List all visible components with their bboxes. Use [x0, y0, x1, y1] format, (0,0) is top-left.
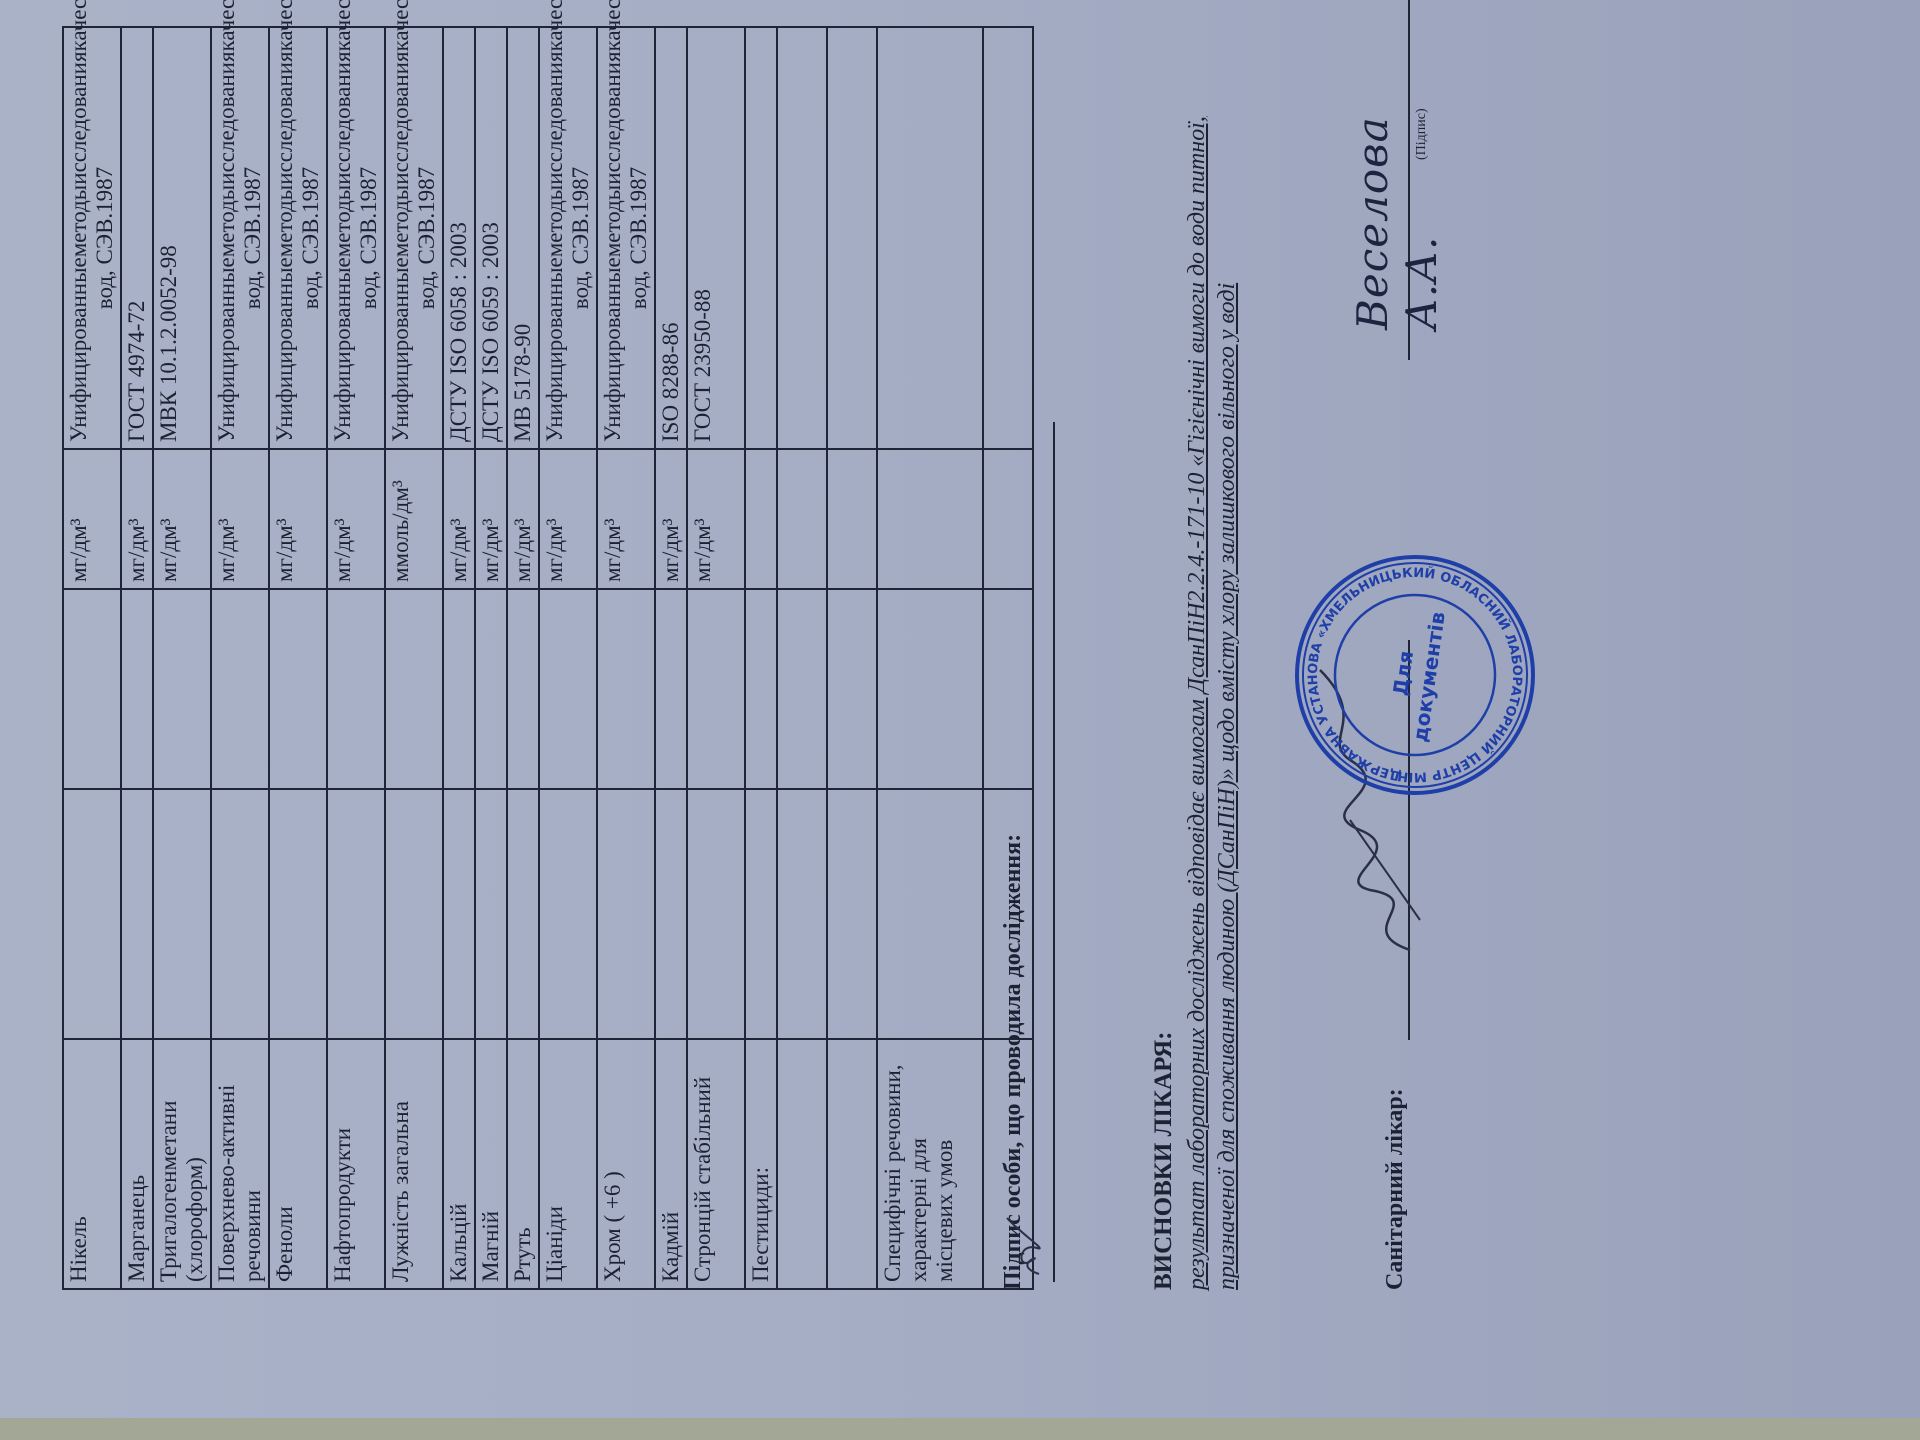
value-cell[interactable]	[687, 789, 745, 1039]
sanitary-doctor-label: Санітарний лікар:	[1382, 1088, 1409, 1290]
method-text-line2: вод, СЭВ.1987	[298, 34, 324, 442]
method-cell: Унифицированныеметодыисследованиякачеств…	[211, 27, 269, 449]
parameter-name-cell: Хром ( +6 )	[597, 1039, 655, 1289]
method-text-line2: вод, СЭВ.1987	[240, 34, 266, 442]
table-row: Марганецьмг/дм³ГОСТ 4974-72	[121, 27, 153, 1289]
method-cell: Унифицированныеметодыисследованиякачеств…	[269, 27, 327, 449]
value-cell[interactable]	[597, 789, 655, 1039]
norm-cell[interactable]	[211, 589, 269, 789]
norm-cell[interactable]	[539, 589, 597, 789]
value-cell[interactable]	[121, 789, 153, 1039]
method-cell: Унифицированныеметодыисследованиякачеств…	[327, 27, 385, 449]
method-cell: Унифицированныеметодыисследованиякачеств…	[539, 27, 597, 449]
method-cell	[745, 27, 777, 449]
value-cell[interactable]	[475, 789, 507, 1039]
method-cell: ISO 8288-86	[655, 27, 687, 449]
unit-cell: мг/дм³	[475, 449, 507, 589]
table-row: Поверхнево-активні речовинимг/дм³Унифици…	[211, 27, 269, 1289]
method-text-line2: вод, СЭВ.1987	[626, 34, 652, 442]
method-cell: Унифицированныеметодыисследованиякачеств…	[63, 27, 121, 449]
method-text: Унифицированныеметодыисследованиякачеств…	[66, 0, 91, 442]
method-text: Унифицированныеметодыисследованиякачеств…	[330, 0, 355, 442]
unit-cell: мг/дм³	[539, 449, 597, 589]
value-cell[interactable]	[153, 789, 211, 1039]
conclusion-text: результат лабораторних досліджень відпов…	[1182, 28, 1242, 1290]
table-row: Кальціймг/дм³ДСТУ ISO 6058 : 2003	[443, 27, 475, 1289]
table-row: Фенолимг/дм³Унифицированныеметодыисследо…	[269, 27, 327, 1289]
conclusion-heading: ВИСНОВКИ ЛІКАРЯ:	[1150, 28, 1178, 1290]
method-cell: Унифицированныеметодыисследованиякачеств…	[385, 27, 443, 449]
unit-cell	[777, 449, 827, 589]
parameter-name-cell: Феноли	[269, 1039, 327, 1289]
method-cell	[877, 27, 983, 449]
method-text-line2: вод, СЭВ.1987	[568, 34, 594, 442]
table-row: Специфічні речовини, характерні для місц…	[877, 27, 983, 1289]
parameter-name-cell: Марганець	[121, 1039, 153, 1289]
results-table: Нікельмг/дм³Унифицированныеметодыисследо…	[62, 26, 1034, 1290]
parameter-name-cell: Ртуть	[507, 1039, 539, 1289]
method-cell: ГОСТ 23950-88	[687, 27, 745, 449]
table-row: Нафтопродуктимг/дм³Унифицированныеметоды…	[327, 27, 385, 1289]
document-sheet: Нікельмг/дм³Унифицированныеметодыисследо…	[0, 0, 1920, 1440]
table-row: Лужність загальнаммоль/дм³Унифицированны…	[385, 27, 443, 1289]
norm-cell[interactable]	[269, 589, 327, 789]
norm-cell[interactable]	[877, 589, 983, 789]
unit-cell: мг/дм³	[269, 449, 327, 589]
table-row: Ртутьмг/дм³МВ 5178-90	[507, 27, 539, 1289]
method-text: Унифицированныеметодыисследованиякачеств…	[600, 0, 625, 442]
table-row: Магніймг/дм³ДСТУ ISO 6059 : 2003	[475, 27, 507, 1289]
value-cell[interactable]	[63, 789, 121, 1039]
value-cell[interactable]	[211, 789, 269, 1039]
value-cell[interactable]	[327, 789, 385, 1039]
table-row: Нікельмг/дм³Унифицированныеметодыисследо…	[63, 27, 121, 1289]
norm-cell[interactable]	[153, 589, 211, 789]
method-text: Унифицированныеметодыисследованиякачеств…	[214, 0, 239, 442]
method-text: Унифицированныеметодыисследованиякачеств…	[388, 0, 413, 442]
parameter-name-cell: Поверхнево-активні речовини	[211, 1039, 269, 1289]
norm-cell[interactable]	[507, 589, 539, 789]
unit-cell: ммоль/дм³	[385, 449, 443, 589]
method-cell: МВ 5178-90	[507, 27, 539, 449]
unit-cell: мг/дм³	[121, 449, 153, 589]
parameter-name-cell: Магній	[475, 1039, 507, 1289]
value-cell[interactable]	[777, 789, 827, 1039]
parameter-name-cell: Кальцій	[443, 1039, 475, 1289]
handwritten-signature-icon	[999, 1212, 1057, 1282]
researcher-signature-line[interactable]	[1027, 422, 1055, 1282]
unit-cell: мг/дм³	[687, 449, 745, 589]
norm-cell[interactable]	[777, 589, 827, 789]
unit-cell: мг/дм³	[327, 449, 385, 589]
parameter-name-cell: Стронцій стабільний	[687, 1039, 745, 1289]
method-text: Унифицированныеметодыисследованиякачеств…	[542, 0, 567, 442]
norm-cell[interactable]	[745, 589, 777, 789]
parameter-name-cell: Нікель	[63, 1039, 121, 1289]
unit-cell: мг/дм³	[507, 449, 539, 589]
table-row: Кадміймг/дм³ISO 8288-86	[655, 27, 687, 1289]
method-cell: ДСТУ ISO 6058 : 2003	[443, 27, 475, 449]
value-cell[interactable]	[877, 789, 983, 1039]
researcher-signature: Підпис особи, що проводила дослідження:	[1000, 28, 1055, 1290]
method-cell: ГОСТ 4974-72	[121, 27, 153, 449]
method-text-line2: вод, СЭВ.1987	[356, 34, 382, 442]
parameter-name-cell: Нафтопродукти	[327, 1039, 385, 1289]
value-cell[interactable]	[655, 789, 687, 1039]
unit-cell: мг/дм³	[443, 449, 475, 589]
norm-cell[interactable]	[687, 589, 745, 789]
parameter-name-cell: Лужність загальна	[385, 1039, 443, 1289]
norm-cell[interactable]	[385, 589, 443, 789]
official-stamp-icon: ДЕРЖАВНА УСТАНОВА «ХМЕЛЬНИЦЬКИЙ ОБЛАСНИЙ…	[1274, 534, 1556, 816]
norm-cell[interactable]	[327, 589, 385, 789]
norm-cell[interactable]	[63, 589, 121, 789]
norm-cell[interactable]	[443, 589, 475, 789]
unit-cell	[745, 449, 777, 589]
unit-cell: мг/дм³	[597, 449, 655, 589]
norm-cell[interactable]	[475, 589, 507, 789]
doctor-conclusion: ВИСНОВКИ ЛІКАРЯ: результат лабораторних …	[1150, 28, 1242, 1290]
parameter-name-cell: Кадмій	[655, 1039, 687, 1289]
value-cell[interactable]	[269, 789, 327, 1039]
unit-cell: мг/дм³	[63, 449, 121, 589]
value-cell[interactable]	[827, 789, 877, 1039]
value-cell[interactable]	[539, 789, 597, 1039]
value-cell[interactable]	[507, 789, 539, 1039]
parameter-name-cell: Тригалогенметани (хлороформ)	[153, 1039, 211, 1289]
method-cell: МВК 10.1.2.0052-98	[153, 27, 211, 449]
unit-cell	[877, 449, 983, 589]
table-row	[827, 27, 877, 1289]
value-cell[interactable]	[745, 789, 777, 1039]
norm-cell[interactable]	[121, 589, 153, 789]
parameter-name-cell	[827, 1039, 877, 1289]
parameter-name-cell	[777, 1039, 827, 1289]
table-row: Ціанідимг/дм³Унифицированныеметодыисслед…	[539, 27, 597, 1289]
method-text: Унифицированныеметодыисследованиякачеств…	[272, 0, 297, 442]
value-cell[interactable]	[443, 789, 475, 1039]
table-row: Стронцій стабільниймг/дм³ГОСТ 23950-88	[687, 27, 745, 1289]
norm-cell[interactable]	[597, 589, 655, 789]
parameter-name-cell: Ціаніди	[539, 1039, 597, 1289]
value-cell[interactable]	[385, 789, 443, 1039]
table-row: Тригалогенметани (хлороформ)мг/дм³МВК 10…	[153, 27, 211, 1289]
unit-cell: мг/дм³	[211, 449, 269, 589]
doctor-name-handwritten: Веселова А.А.	[1348, 28, 1446, 330]
norm-cell[interactable]	[827, 589, 877, 789]
method-cell	[827, 27, 877, 449]
method-text-line2: вод, СЭВ.1987	[92, 34, 118, 442]
method-cell: Унифицированныеметодыисследованиякачеств…	[597, 27, 655, 449]
signature-caption: (Підпис)	[1414, 108, 1430, 160]
table-row	[777, 27, 827, 1289]
unit-cell	[827, 449, 877, 589]
norm-cell[interactable]	[655, 589, 687, 789]
parameter-name-cell: Специфічні речовини, характерні для місц…	[877, 1039, 983, 1289]
method-cell: ДСТУ ISO 6059 : 2003	[475, 27, 507, 449]
unit-cell: мг/дм³	[655, 449, 687, 589]
stamp-center-line1: Для	[1388, 649, 1418, 697]
table-row: Хром ( +6 )мг/дм³Унифицированныеметодыис…	[597, 27, 655, 1289]
method-text-line2: вод, СЭВ.1987	[414, 34, 440, 442]
table-row: Пестициди:	[745, 27, 777, 1289]
parameter-name-cell: Пестициди:	[745, 1039, 777, 1289]
method-cell	[777, 27, 827, 449]
unit-cell: мг/дм³	[153, 449, 211, 589]
doctor-name-line	[1408, 0, 1410, 360]
